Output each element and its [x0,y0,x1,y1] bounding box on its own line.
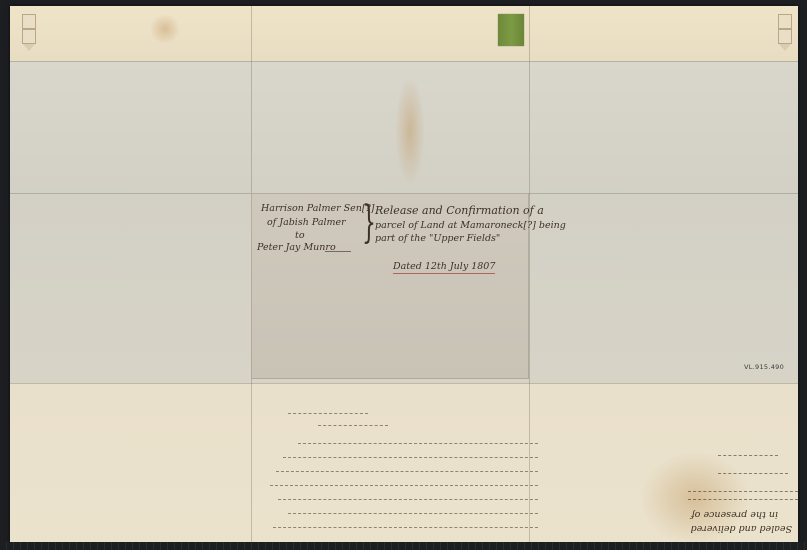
upside-down-acknowledgment [258,406,538,536]
title-line: part of the "Upper Fields" [375,233,500,244]
party-line: to [295,230,305,241]
party-line: of Jabish Palmer [267,217,346,228]
top-fold-band [10,6,798,61]
title-line: Release and Confirmation of a [375,204,544,217]
fold-line [10,61,798,62]
brace: } [362,201,376,245]
fold-line [10,383,798,384]
rule-line [325,251,351,252]
title-line: parcel of Land at Mamaroneck[?] being [375,220,566,231]
corner-tab-right [778,14,792,51]
corner-tab-left [22,14,36,51]
party-line: Harrison Palmer Sen[?] [261,203,374,214]
water-stain [395,76,425,186]
green-seal [498,14,524,46]
endorsement-panel: Harrison Palmer Sen[?] of Jabish Palmer … [251,193,529,379]
document-date: Dated 12th July 1807 [393,261,495,274]
water-stain [150,14,180,44]
party-line: Peter Jay Munro [257,242,336,253]
witness-line: Sealed and delivered [691,523,792,534]
document-page: Harrison Palmer Sen[?] of Jabish Palmer … [10,6,798,542]
witness-line: in the presence of [691,509,778,520]
scan-edge [0,542,807,550]
witness-block: Sealed and delivered in the presence of [680,436,798,536]
catalog-number: VL.915.490 [744,363,784,371]
